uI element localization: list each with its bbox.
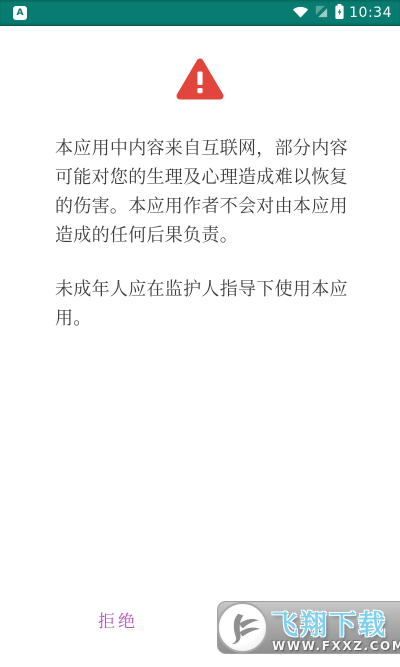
clock: 10:34 <box>349 5 392 21</box>
battery-charging-icon <box>334 3 345 24</box>
warning-triangle-icon <box>176 57 224 104</box>
warning-paragraph-1: 本应用中内容来自互联网，部分内容 可能对您的生理及心理造成难以恢复 的伤害。本应… <box>55 134 355 250</box>
watermark-site-name: 飞翔下载 <box>271 603 387 642</box>
no-signal-icon <box>314 4 329 23</box>
watermark-logo-icon <box>217 602 268 653</box>
wifi-icon <box>292 4 309 23</box>
notification-app-badge-icon: A <box>13 6 27 20</box>
status-bar: A 10:34 <box>0 0 400 26</box>
reject-button[interactable]: 拒绝 <box>68 597 168 641</box>
watermark-site-url: WWW.FXXZ.COM <box>272 639 400 653</box>
watermark: 飞翔下载 WWW.FXXZ.COM <box>217 601 400 654</box>
app-screen: A 10:34 <box>0 0 400 667</box>
warning-paragraph-2: 未成年人应在监护人指导下使用本应 用。 <box>55 275 355 333</box>
